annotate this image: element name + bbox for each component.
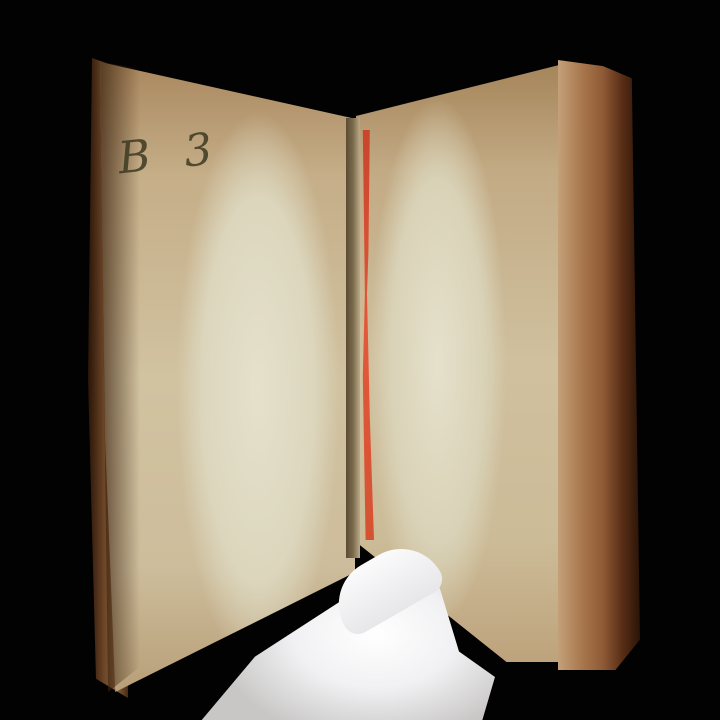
book-gutter (346, 118, 360, 558)
photo-scene: B 3 Antique open book held by a white-gl… (0, 0, 720, 720)
book-fore-edge (558, 60, 640, 670)
handwritten-mark: B 3 (116, 123, 225, 185)
